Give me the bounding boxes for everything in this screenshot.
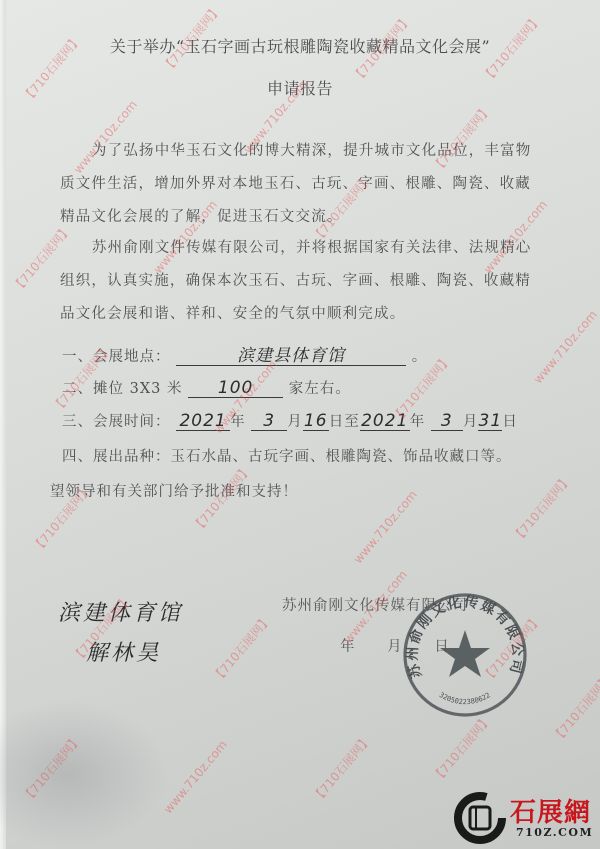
booth-suffix: 家左右。 — [289, 381, 351, 397]
watermark-text: www.710z.com — [161, 738, 230, 817]
watermark-text: 【710石展网】 — [308, 731, 374, 805]
booth-label: 二、摊位 3X3 米 — [62, 381, 183, 397]
dates-label: 三、会展时间： — [62, 414, 171, 430]
year-unit-2: 年 — [410, 414, 426, 430]
handwritten-note-signature: 解林昊 — [86, 636, 161, 667]
item-dates: 三、会展时间： 2021年 3月16日至2021年 3月31日 — [62, 410, 518, 431]
end-day: 31 — [478, 412, 502, 431]
closing-request: 望领导和有关部门给予批准和支持！ — [50, 480, 298, 501]
start-year: 2021 — [176, 412, 230, 431]
date-to: 日至 — [329, 414, 360, 430]
watermark-text: 【710石展网】 — [508, 471, 574, 545]
company-seal-icon: 苏州俞刚文化传媒有限公司 3205022380622 — [400, 590, 530, 720]
watermark-text: 【710石展网】 — [208, 611, 274, 685]
venue-suffix: 。 — [412, 349, 428, 365]
start-month: 3 — [251, 412, 287, 431]
booth-count: 100 — [188, 379, 283, 398]
site-logo-name: 石展網 — [510, 792, 591, 829]
document-subtitle: 申请报告 — [0, 76, 600, 99]
month-unit-2: 月 — [463, 414, 479, 430]
watermark-text: www.710z.com — [351, 488, 420, 567]
document-title: 关于举办“玉石字画古玩根雕陶瓷收藏精品文化会展” — [0, 34, 600, 57]
venue-label: 一、会展地点： — [62, 349, 171, 365]
paragraph-organizer: 苏州俞刚文件传媒有限公司，并将根据国家有关法律、法规精心组织，认真实施，确保本次… — [60, 232, 535, 331]
end-month: 3 — [431, 412, 463, 431]
photo-shadow — [0, 700, 170, 849]
start-day: 16 — [303, 412, 329, 431]
svg-text:3205022380622: 3205022380622 — [438, 691, 492, 706]
item-booths: 二、摊位 3X3 米 100 家左右。 — [62, 377, 351, 398]
item-venue: 一、会展地点： 滨建县体育馆 。 — [62, 345, 427, 366]
handwritten-note-venue: 滨建体育馆 — [58, 596, 183, 627]
site-logo-domain: 710Z.COM — [516, 826, 593, 839]
year-unit: 年 — [230, 414, 246, 430]
end-year: 2021 — [360, 412, 410, 431]
watermark-text: 【710石展网】 — [548, 671, 600, 745]
star-icon — [440, 630, 490, 677]
item-exhibits: 四、展出品种：玉石水晶、古玩字画、根雕陶瓷、饰品收藏口等。 — [62, 445, 512, 466]
seal-code: 3205022380622 — [438, 691, 492, 706]
day-unit: 日 — [502, 414, 518, 430]
month-unit: 月 — [287, 414, 303, 430]
watermark-text: www.710z.com — [531, 308, 600, 387]
watermark-text: 【710石展网】 — [428, 711, 494, 785]
paragraph-intro: 为了弘扬中华玉石文化的博大精深，提升城市文化品位，丰富物质文件生活，增加外界对本… — [60, 135, 535, 234]
venue-value: 滨建县体育馆 — [176, 347, 406, 366]
